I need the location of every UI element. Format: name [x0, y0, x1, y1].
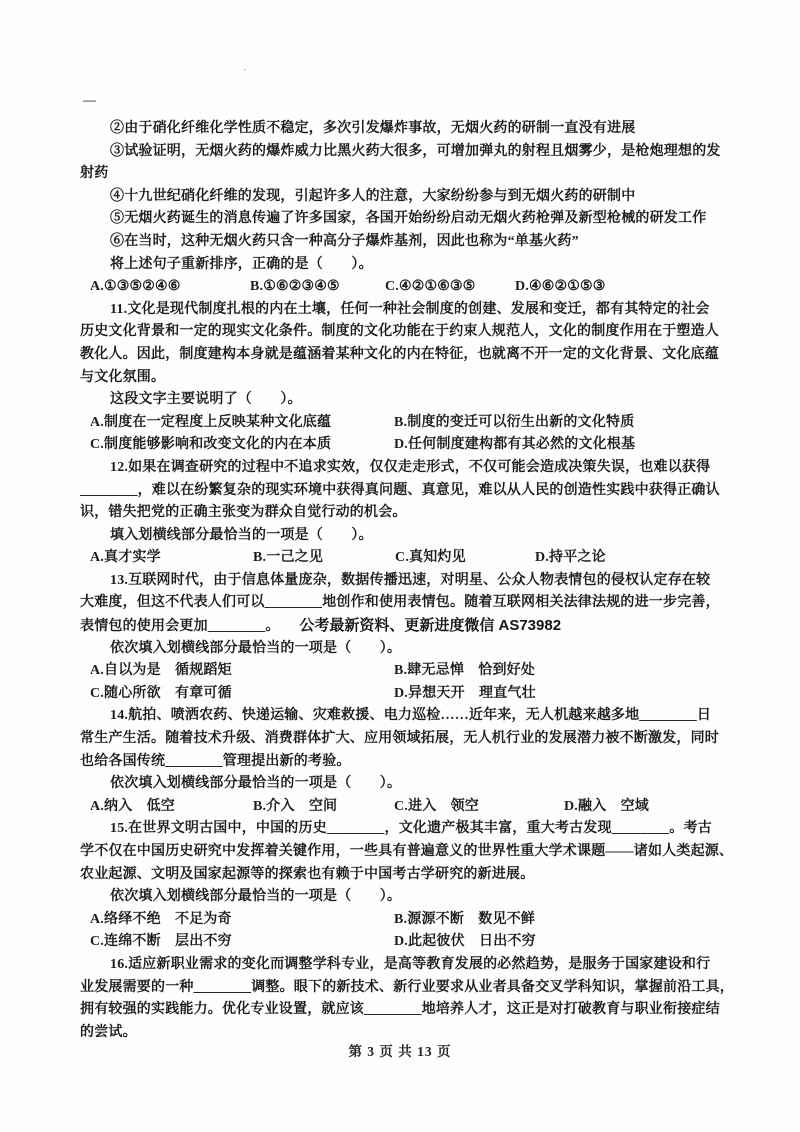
q15-stem-line-2: 学不仅在中国历史研究中发挥着关键作用，一些具有普遍意义的世界性重大学术课题——诸… — [80, 841, 722, 864]
q10-option-d: D.④⑥②①⑤③ — [515, 276, 606, 299]
q15-option-c: C.连绵不断 层出不穷 — [90, 931, 394, 954]
q14-stem-line-3: 也给各国传统________管理提出新的考验。 — [80, 751, 722, 774]
q10-option-a: A.①③⑤②④⑥ — [90, 276, 250, 299]
q14-prompt: 依次填入划横线部分最恰当的一项是（ ）。 — [80, 773, 722, 796]
q13-option-b: B.肆无忌惮 恰到好处 — [394, 660, 535, 683]
q16-stem-line-3: 拥有较强的实践能力。优化专业设置，就应该________地培养人才，这正是对打破… — [80, 999, 722, 1022]
q14-options-row: A.纳入 低空 B.介入 空间 C.进入 领空 D.融入 空域 — [80, 796, 722, 819]
q15-option-b: B.源源不断 数见不鲜 — [394, 909, 535, 932]
q14-option-a: A.纳入 低空 — [90, 796, 253, 819]
q13-stem-line-3-text: 表情包的使用会更加________。 — [80, 619, 280, 634]
q10-sentence-3-cont: 射药 — [80, 163, 722, 186]
q12-option-a: A.真才实学 — [90, 547, 253, 570]
q12-options-row: A.真才实学 B.一己之见 C.真知灼见 D.持平之论 — [80, 547, 722, 570]
q14-stem-line-2: 常生产生活。随着技术升级、消费群体扩大、应用领域拓展，无人机行业的发展潜力被不断… — [80, 728, 722, 751]
q14-option-c: C.进入 领空 — [394, 796, 564, 819]
q10-sentence-5: ⑤无烟火药诞生的消息传遍了许多国家，各国开始纷纷启动无烟火药枪弹及新型枪械的研发… — [80, 208, 722, 231]
q10-options-row: A.①③⑤②④⑥ B.①⑥②③④⑤ C.④②①⑥③⑤ D.④⑥②①⑤③ — [80, 276, 722, 299]
scan-artifact-dot: · — [243, 64, 247, 76]
q15-stem-line-1: 15.在世界文明古国中，中国的历史________，文化遗产极其丰富，重大考古发… — [80, 818, 722, 841]
q10-sentence-6: ⑥在当时，这种无烟火药只含一种高分子爆炸基剂，因此也称为“单基火药” — [80, 231, 722, 254]
q13-stem-line-3: 表情包的使用会更加________。 公考最新资料、更新进度微信 AS73982 — [80, 615, 722, 638]
q15-prompt: 依次填入划横线部分最恰当的一项是（ ）。 — [80, 886, 722, 909]
q11-options-row-2: C.制度能够影响和改变文化的内在本质 D.任何制度建构都有其必然的文化根基 — [80, 434, 722, 457]
q12-option-c: C.真知灼见 — [395, 547, 535, 570]
q13-option-a: A.自以为是 循规蹈矩 — [90, 660, 394, 683]
q13-options-row-2: C.随心所欲 有章可循 D.异想天开 理直气壮 — [80, 683, 722, 706]
q10-sentence-3: ③试验证明，无烟火药的爆炸威力比黑火药大很多，可增加弹丸的射程且烟雾少，是枪炮理… — [80, 141, 722, 164]
exam-page: — · ②由于硝化纤维化学性质不稳定，多次引发爆炸事故，无烟火药的研制一直没有进… — [0, 0, 800, 1132]
q13-prompt: 依次填入划横线部分最恰当的一项是（ ）。 — [80, 638, 722, 661]
q15-options-row-1: A.络绎不绝 不足为奇 B.源源不断 数见不鲜 — [80, 909, 722, 932]
q10-sentence-2: ②由于硝化纤维化学性质不稳定，多次引发爆炸事故，无烟火药的研制一直没有进展 — [80, 118, 722, 141]
q11-options-row-1: A.制度在一定程度上反映某种文化底蕴 B.制度的变迁可以衍生出新的文化特质 — [80, 412, 722, 435]
q13-options-row-1: A.自以为是 循规蹈矩 B.肆无忌惮 恰到好处 — [80, 660, 722, 683]
page-number: 第 3 页 共 13 页 — [0, 1040, 800, 1060]
q11-option-b: B.制度的变迁可以衍生出新的文化特质 — [394, 412, 634, 435]
q16-stem-line-2: 业发展需要的一种________调整。眼下的新技术、新行业要求从业者具备交叉学科… — [80, 977, 722, 1000]
q11-option-a: A.制度在一定程度上反映某种文化底蕴 — [90, 412, 394, 435]
q15-option-d: D.此起彼伏 日出不穷 — [394, 931, 536, 954]
q12-stem-line-3: 识，错失把党的正确主张变为群众自觉行动的机会。 — [80, 502, 722, 525]
q15-option-a: A.络绎不绝 不足为奇 — [90, 909, 394, 932]
q13-option-c: C.随心所欲 有章可循 — [90, 683, 394, 706]
q11-prompt: 这段文字主要说明了（ ）。 — [80, 389, 722, 412]
q13-stem-line-1: 13.互联网时代，由于信息体量庞杂，数据传播迅速，对明星、公众人物表情包的侵权认… — [80, 570, 722, 593]
q10-sentence-4: ④十九世纪硝化纤维的发现，引起许多人的注意，大家纷纷参与到无烟火药的研制中 — [80, 186, 722, 209]
q12-prompt: 填入划横线部分最恰当的一项是（ ）。 — [80, 525, 722, 548]
q14-stem-line-1: 14.航拍、喷洒农药、快递运输、灾难救援、电力巡检……近年来，无人机越来越多地_… — [80, 705, 722, 728]
q16-stem-line-1: 16.适应新职业需求的变化而调整学科专业，是高等教育发展的必然趋势，是服务于国家… — [80, 954, 722, 977]
scan-artifact-dash: — — [83, 92, 96, 108]
q11-stem-line-3: 教化人。因此，制度建构本身就是蕴涵着某种文化的内在特征，也就离不开一定的文化背景… — [80, 344, 722, 367]
q15-stem-line-3: 农业起源、文明及国家起源等的探索也有赖于中国考古学研究的新进展。 — [80, 864, 722, 887]
q10-prompt: 将上述句子重新排序，正确的是（ ）。 — [80, 254, 722, 277]
q11-option-c: C.制度能够影响和改变文化的内在本质 — [90, 434, 394, 457]
q14-option-d: D.融入 空域 — [564, 796, 649, 819]
q12-option-d: D.持平之论 — [535, 547, 606, 570]
q10-option-c: C.④②①⑥③⑤ — [385, 276, 515, 299]
q15-options-row-2: C.连绵不断 层出不穷 D.此起彼伏 日出不穷 — [80, 931, 722, 954]
q11-option-d: D.任何制度建构都有其必然的文化根基 — [394, 434, 635, 457]
q12-stem-line-2: ________，难以在纷繁复杂的现实环境中获得真问题、真意见，难以从人民的创造… — [80, 480, 722, 503]
q13-option-d: D.异想天开 理直气壮 — [394, 683, 536, 706]
q13-stem-line-2: 大难度，但这不代表人们可以________地创作和使用表情包。随着互联网相关法律… — [80, 592, 722, 615]
q14-option-b: B.介入 空间 — [253, 796, 394, 819]
q11-stem-line-1: 11.文化是现代制度扎根的内在土壤，任何一种社会制度的创建、发展和变迁，都有其特… — [80, 299, 722, 322]
q11-stem-line-4: 与文化氛围。 — [80, 367, 722, 390]
q10-option-b: B.①⑥②③④⑤ — [250, 276, 385, 299]
q13-promo-watermark: 公考最新资料、更新进度微信 AS73982 — [299, 617, 561, 634]
document-body: ②由于硝化纤维化学性质不稳定，多次引发爆炸事故，无烟火药的研制一直没有进展 ③试… — [80, 118, 722, 1044]
q12-stem-line-1: 12.如果在调查研究的过程中不追求实效，仅仅走走形式，不仅可能会造成决策失误，也… — [80, 457, 722, 480]
q11-stem-line-2: 历史文化背景和一定的现实文化条件。制度的文化功能在于约束人规范人，文化的制度作用… — [80, 321, 722, 344]
q12-option-b: B.一己之见 — [253, 547, 395, 570]
